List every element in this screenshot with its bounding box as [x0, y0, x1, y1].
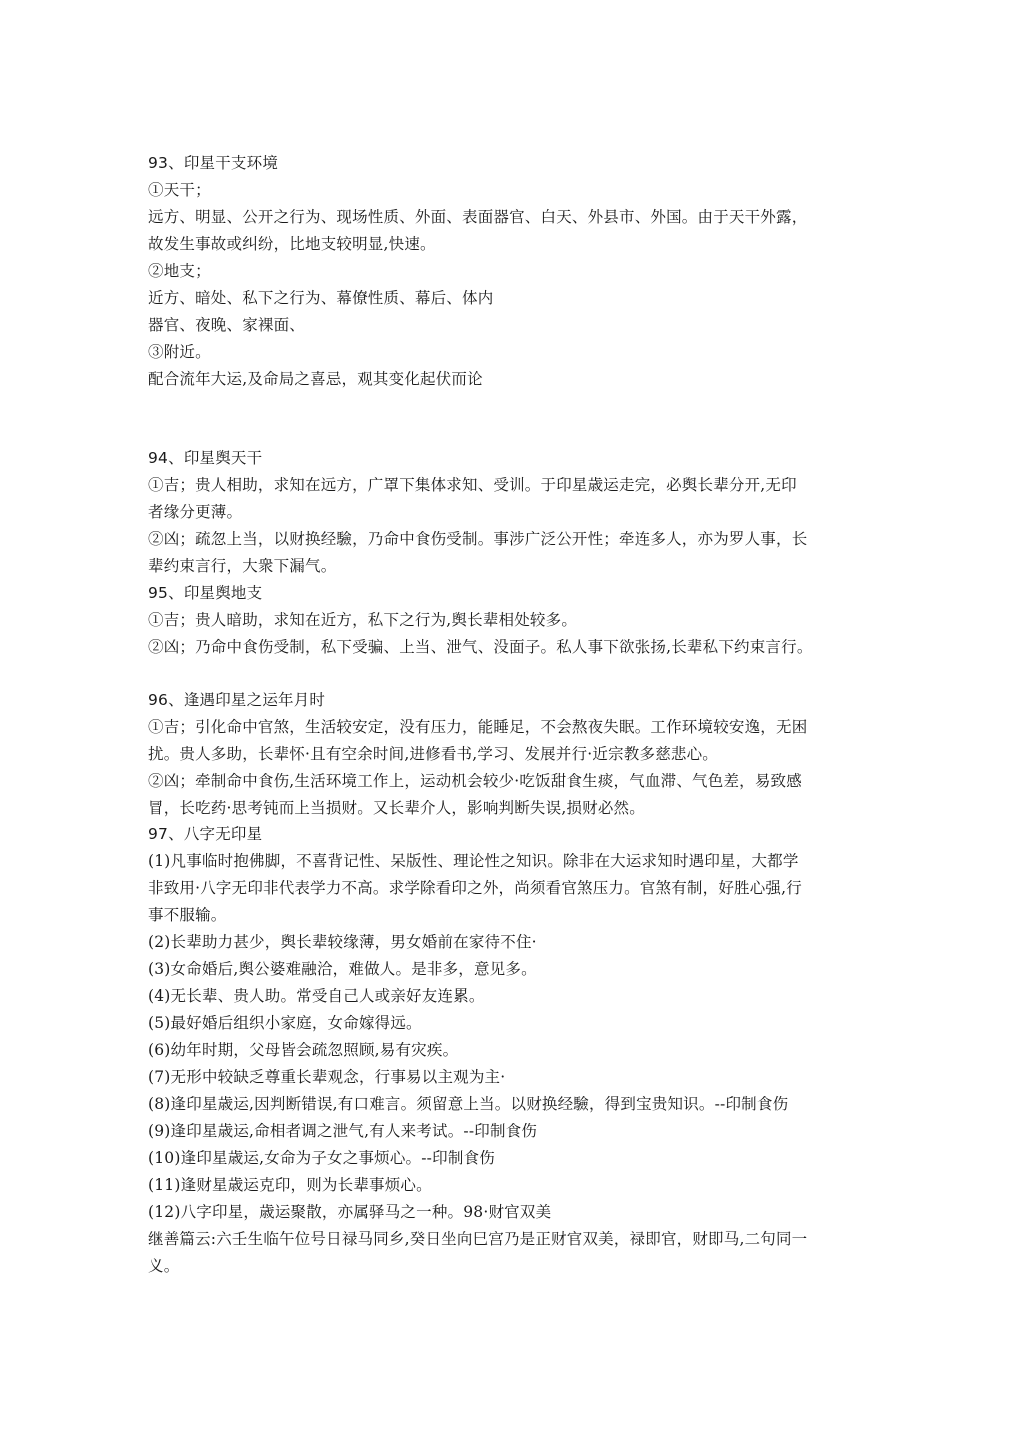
section-97-line: (10)逢印星歳运,女命为子女之事烦心。--印制食伤 [148, 1148, 873, 1168]
section-97-line: (12)八字印星，歳运聚散，亦属驿马之一种。98·财官双美 [148, 1202, 873, 1222]
section-96-line: ②凶；牵制命中食伤,生活环境工作上，运动机会较少·吃饭甜食生痰，气血滞、气色差，… [148, 771, 873, 791]
section-97-line: (5)最好婚后组织小家庭，女命嫁得远。 [148, 1013, 873, 1033]
section-94-line: ②凶；疏忽上当，以财换经驗，乃命中食伤受制。事涉广泛公开性；牵连多人，亦为罗人事… [148, 529, 873, 549]
section-97-line: (11)逢财星歳运克印，则为长辈事烦心。 [148, 1175, 873, 1195]
section-96-line: 扰。贵人多助，长辈怀·且有空余时间,进修看书,学习、发展并行·近宗教多慈悲心。 [148, 744, 873, 764]
section-94-line: 者缘分更薄。 [148, 502, 873, 522]
section-97-line: (6)幼年时期，父母皆会疏忽照顾,易有灾疾。 [148, 1040, 873, 1060]
section-97-line: (2)长辈助力甚少，舆长辈较缘薄，男女婚前在家待不住· [148, 932, 873, 952]
section-97-line: 事不服输。 [148, 905, 873, 925]
section-94-line: 辈约束言行，大衆下漏气。 [148, 556, 873, 576]
section-97-line: 义。 [148, 1256, 873, 1276]
section-97-line: 继善篇云:六壬生临午位号日禄马同乡,癸日坐向巳宫乃是正财官双美，禄即官，财即马,… [148, 1229, 873, 1249]
section-93-line: 配合流年大运,及命局之喜忌，观其变化起伏而论 [148, 369, 873, 389]
section-94-line: ①吉；贵人相助，求知在远方，广罩下集体求知、受训。于印星歳运走完，必舆长辈分开,… [148, 475, 873, 495]
section-96-line: 冒，长吃药·思考钝而上当损财。又长辈介人，影响判断失误,损财必然。 [148, 798, 873, 818]
section-96-line: ①吉；引化命中官煞，生活较安定，没有压力，能睡足，不会熬夜失眠。工作环境较安逸，… [148, 717, 873, 737]
section-97-line: (8)逢印星歳运,因判断错误,有口难言。须留意上当。以财换经驗，得到宝贵知识。-… [148, 1094, 873, 1114]
section-93-line: 近方、暗处、私下之行为、幕僚性质、幕后、体内 [148, 288, 873, 308]
section-97-line: (4)无长辈、贵人助。常受自己人或亲好友连累。 [148, 986, 873, 1006]
section-96-title: 96、逢遇印星之运年月时 [148, 690, 873, 710]
section-97-line: 非致用·八字无印非代表学力不高。求学除看印之外，尚须看官煞压力。官煞有制，好胜心… [148, 878, 873, 898]
section-97-title: 97、八字无印星 [148, 824, 873, 844]
section-95-line: ②凶；乃命中食伤受制，私下受骗、上当、泄气、没面子。私人事下欲张扬,长辈私下约束… [148, 637, 873, 657]
section-95-line: ①吉；贵人暗助，求知在近方，私下之行为,舆长辈相处较多。 [148, 610, 873, 630]
section-93-line: ③附近。 [148, 342, 873, 362]
section-93-line: 远方、明显、公开之行为、现场性质、外面、表面器官、白天、外县市、外国。由于天干外… [148, 207, 873, 227]
section-93-line: ②地支； [148, 261, 873, 281]
section-94-title: 94、印星舆天干 [148, 448, 873, 468]
section-95-title: 95、印星舆地支 [148, 583, 873, 603]
section-97-line: (3)女命婚后,舆公婆难融洽，难做人。是非多，意见多。 [148, 959, 873, 979]
section-93-line: 故发生事故或纠纷，比地支较明显,快速。 [148, 234, 873, 254]
section-93-line: 器官、夜晚、家裸面、 [148, 315, 873, 335]
section-97-line: (7)无形中较缺乏尊重长辈观念，行事易以主观为主· [148, 1067, 873, 1087]
section-97-line: (1)凡事临时抱佛脚，不喜背记性、呆版性、理论性之知识。除非在大运求知时遇印星，… [148, 851, 873, 871]
section-93-title: 93、印星干支环境 [148, 153, 873, 173]
document-page: 93、印星干支环境 ①天干； 远方、明显、公开之行为、现场性质、外面、表面器官、… [0, 0, 1018, 1440]
section-97-line: (9)逢印星歳运,命相者调之泄气,有人来考试。--印制食伤 [148, 1121, 873, 1141]
section-93-line: ①天干； [148, 180, 873, 200]
